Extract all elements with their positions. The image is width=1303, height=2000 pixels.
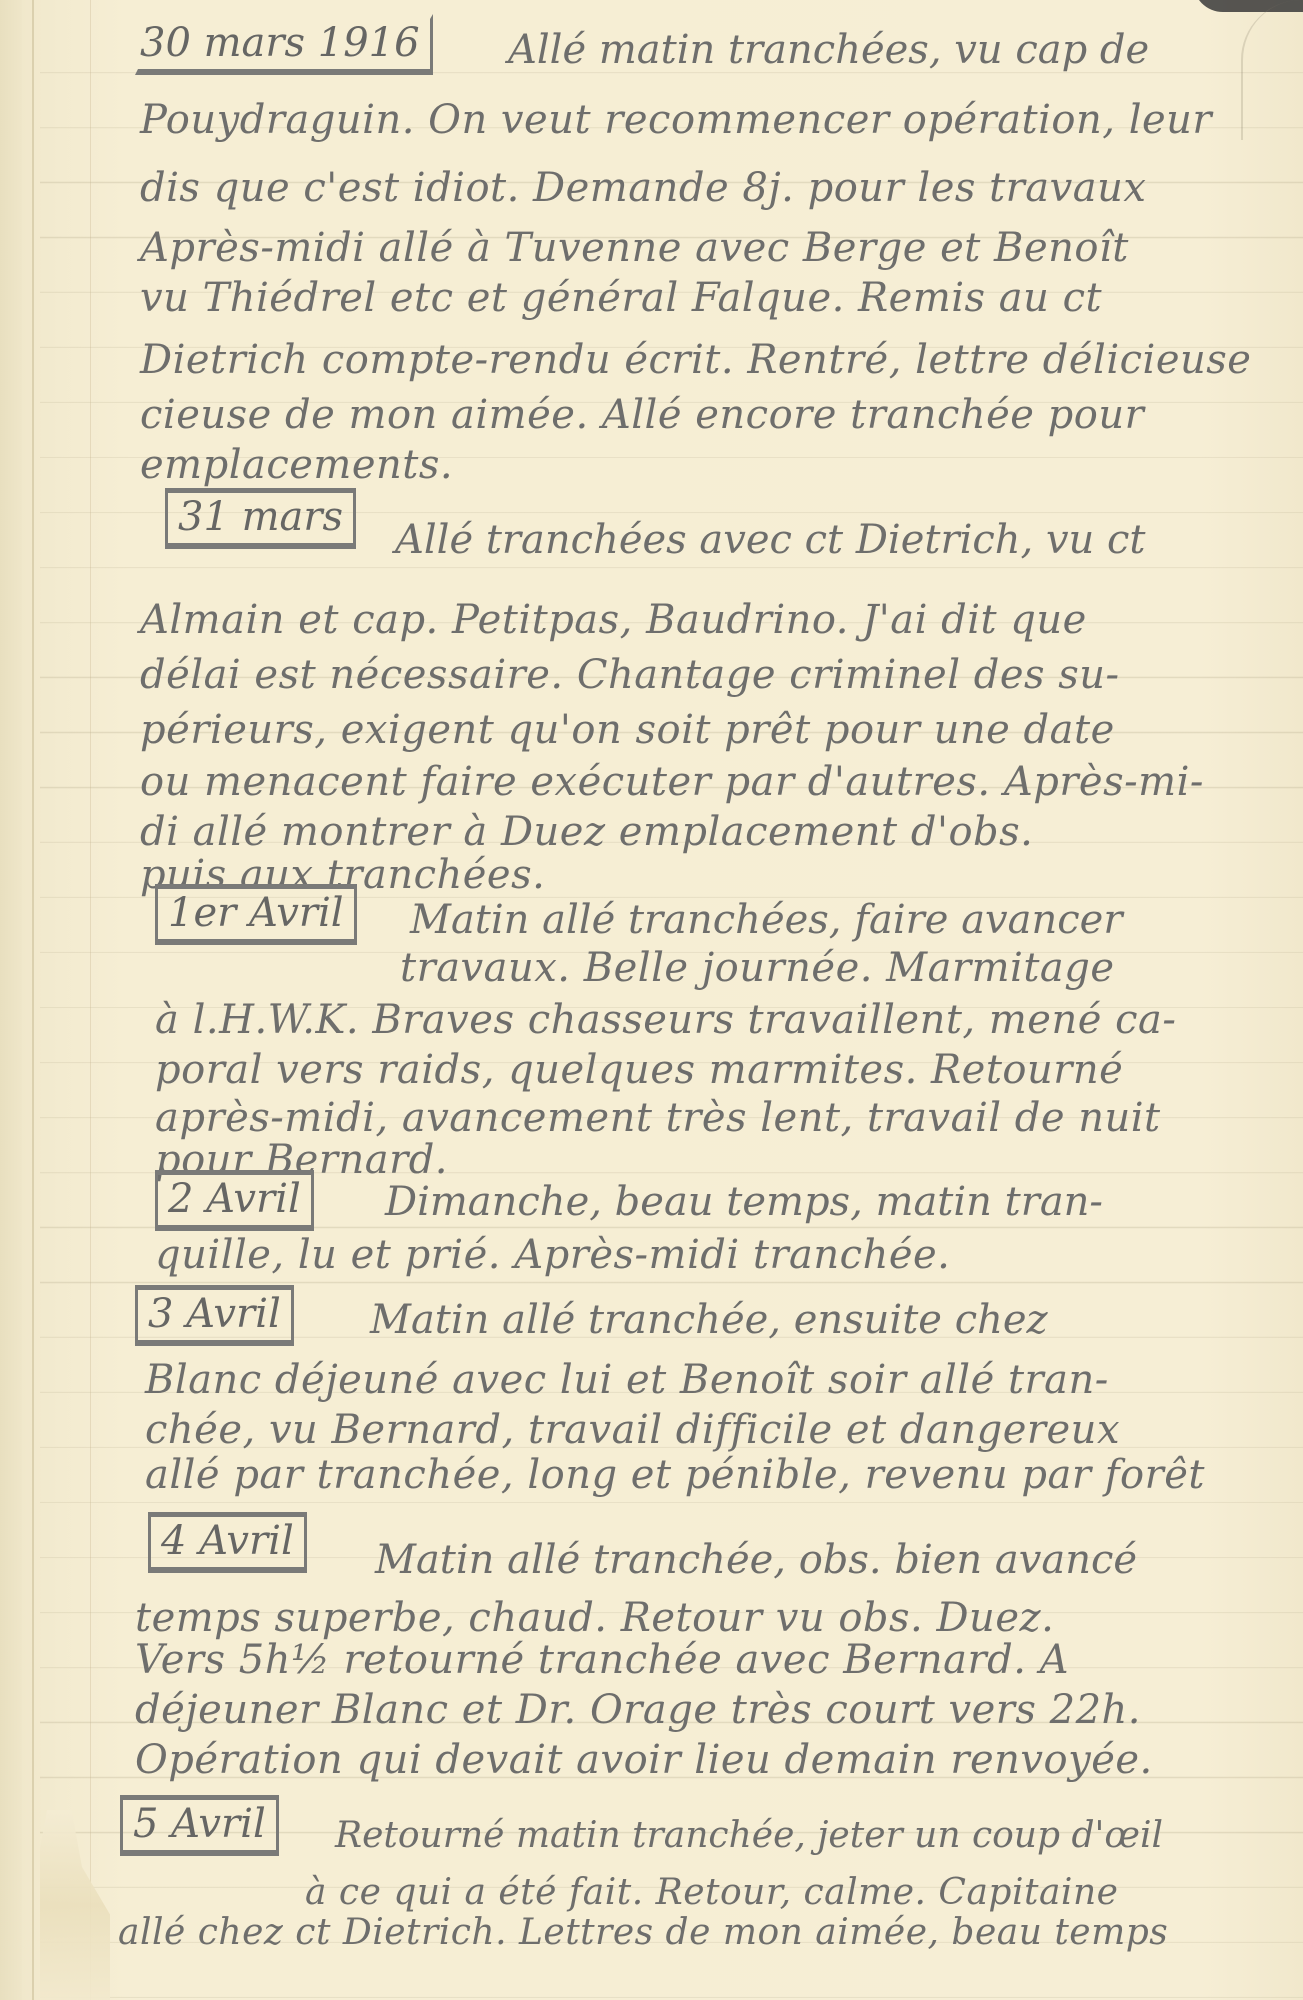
- entry-first-line: Matin allé tranchée, obs. bien avancé: [375, 1540, 1137, 1580]
- entry-line: cieuse de mon aimée. Allé encore tranché…: [140, 395, 1144, 435]
- entry-line: à l.H.W.K. Braves chasseurs travaillent,…: [155, 1000, 1176, 1040]
- entry-line: Blanc déjeuné avec lui et Benoît soir al…: [145, 1360, 1109, 1400]
- entry-line: après-midi, avancement très lent, travai…: [155, 1098, 1161, 1138]
- entry-line: poral vers raids, quelques marmites. Ret…: [155, 1050, 1123, 1090]
- entry-date: 31 mars: [165, 488, 356, 549]
- entry-first-line: Allé tranchées avec ct Dietrich, vu ct: [395, 520, 1146, 560]
- entry-first-line: Dimanche, beau temps, matin tran-: [385, 1182, 1103, 1222]
- entry-line: Dietrich compte-rendu écrit. Rentré, let…: [140, 340, 1251, 380]
- entry-date: 2 Avril: [155, 1170, 314, 1231]
- entry-date: 30 mars 1916: [135, 14, 433, 75]
- entry-date: 5 Avril: [120, 1795, 279, 1856]
- entry-line: emplacements.: [140, 445, 453, 485]
- entry-line: périeurs, exigent qu'on soit prêt pour u…: [140, 710, 1115, 750]
- entry-line: délai est nécessaire. Chantage criminel …: [140, 655, 1120, 695]
- entry-line: allé chez ct Dietrich. Lettres de mon ai…: [118, 1915, 1168, 1951]
- entry-line: quille, lu et prié. Après-midi tranchée.: [155, 1235, 950, 1275]
- entry-line: Vers 5h½ retourné tranchée avec Bernard.…: [135, 1640, 1069, 1680]
- entry-line: allé par tranchée, long et pénible, reve…: [145, 1455, 1205, 1495]
- entry-line: chée, vu Bernard, travail difficile et d…: [145, 1410, 1120, 1450]
- entry-line: travaux. Belle journée. Marmitage: [400, 948, 1115, 988]
- entry-line: Pouydraguin. On veut recommencer opérati…: [140, 100, 1212, 140]
- entry-line: dis que c'est idiot. Demande 8j. pour le…: [140, 168, 1146, 208]
- entry-line: Après-midi allé à Tuvenne avec Berge et …: [140, 228, 1129, 268]
- entry-line: Opération qui devait avoir lieu demain r…: [135, 1740, 1153, 1780]
- entry-first-line: Matin allé tranchées, faire avancer: [410, 900, 1122, 940]
- entry-line: ou menacent faire exécuter par d'autres.…: [140, 762, 1204, 802]
- entry-line: vu Thiédrel etc et général Falque. Remis…: [140, 278, 1102, 318]
- entry-date: 4 Avril: [148, 1512, 307, 1573]
- entry-first-line: Matin allé tranchée, ensuite chez: [370, 1300, 1048, 1340]
- page-binding-edge: [0, 0, 22, 2000]
- entry-line: Almain et cap. Petitpas, Baudrino. J'ai …: [140, 600, 1087, 640]
- entry-line: à ce qui a été fait. Retour, calme. Capi…: [305, 1875, 1118, 1911]
- entry-line: déjeuner Blanc et Dr. Orage très court v…: [135, 1690, 1141, 1730]
- entry-first-line: Allé matin tranchées, vu cap de: [508, 30, 1149, 70]
- entry-first-line: Retourné matin tranchée, jeter un coup d…: [335, 1818, 1163, 1854]
- entry-date: 3 Avril: [135, 1285, 294, 1346]
- entry-date: 1er Avril: [155, 884, 357, 945]
- diary-page: 30 mars 1916 Allé matin tranchées, vu ca…: [0, 0, 1303, 2000]
- entry-line: di allé montrer à Duez emplacement d'obs…: [140, 812, 1033, 852]
- fold-line: [32, 0, 34, 2000]
- entry-line: temps superbe, chaud. Retour vu obs. Due…: [135, 1598, 1054, 1638]
